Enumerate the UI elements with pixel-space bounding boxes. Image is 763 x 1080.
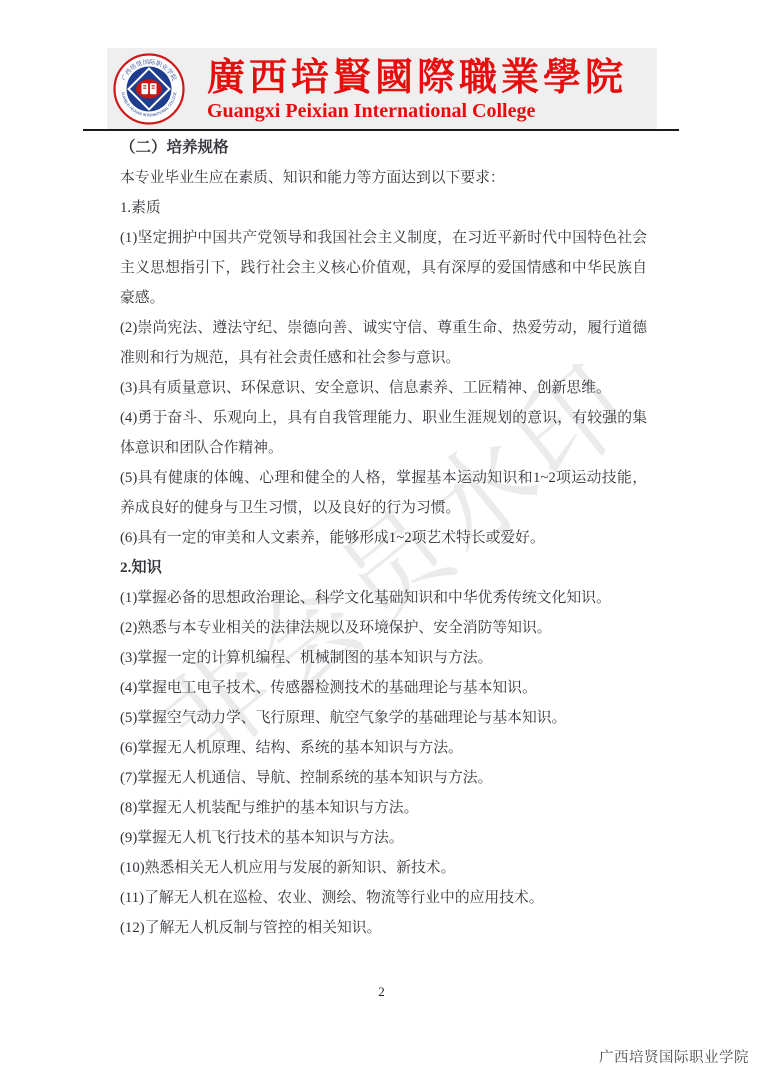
list-item: (10)熟悉相关无人机应用与发展的新知识、新技术。 bbox=[120, 853, 647, 883]
college-logo-icon: 广西培贤国际职业学院 GUANGXI PEIXIAN INTERNATIONAL… bbox=[113, 53, 185, 125]
college-header: 广西培贤国际职业学院 GUANGXI PEIXIAN INTERNATIONAL… bbox=[107, 48, 657, 130]
list-item: (6)掌握无人机原理、结构、系统的基本知识与方法。 bbox=[120, 733, 647, 763]
page-number: 2 bbox=[0, 984, 763, 1000]
intro-paragraph: 本专业毕业生应在素质、知识和能力等方面达到以下要求： bbox=[120, 163, 647, 193]
list-item: (9)掌握无人机飞行技术的基本知识与方法。 bbox=[120, 823, 647, 853]
college-name-english: Guangxi Peixian International College bbox=[207, 100, 627, 122]
subsections-container: 1.素质(1)坚定拥护中国共产党领导和我国社会主义制度，在习近平新时代中国特色社… bbox=[120, 193, 647, 943]
list-item: (6)具有一定的审美和人文素养，能够形成1~2项艺术特长或爱好。 bbox=[120, 523, 647, 553]
section-heading: （二）培养规格 bbox=[120, 133, 647, 163]
subsection-title: 2.知识 bbox=[120, 553, 647, 583]
document-page: 广西培贤国际职业学院 GUANGXI PEIXIAN INTERNATIONAL… bbox=[0, 0, 763, 1080]
list-item: (1)掌握必备的思想政治理论、科学文化基础知识和中华优秀传统文化知识。 bbox=[120, 583, 647, 613]
footer-watermark-text: 广西培贤国际职业学院 bbox=[599, 1046, 749, 1067]
document-content: （二）培养规格 本专业毕业生应在素质、知识和能力等方面达到以下要求： 1.素质(… bbox=[120, 133, 647, 943]
list-item: (4)掌握电工电子技术、传感器检测技术的基础理论与基本知识。 bbox=[120, 673, 647, 703]
list-item: (2)崇尚宪法、遵法守纪、崇德向善、诚实守信、尊重生命、热爱劳动，履行道德准则和… bbox=[120, 313, 647, 373]
list-item: (4)勇于奋斗、乐观向上，具有自我管理能力、职业生涯规划的意识，有较强的集体意识… bbox=[120, 403, 647, 463]
college-titles: 廣西培賢國際職業學院 Guangxi Peixian International… bbox=[207, 56, 627, 122]
list-item: (5)掌握空气动力学、飞行原理、航空气象学的基础理论与基本知识。 bbox=[120, 703, 647, 733]
header-divider bbox=[83, 129, 679, 131]
logo-red-ellipse bbox=[136, 80, 162, 99]
subsection-title: 1.素质 bbox=[120, 193, 647, 223]
list-item: (3)掌握一定的计算机编程、机械制图的基本知识与方法。 bbox=[120, 643, 647, 673]
list-item: (2)熟悉与本专业相关的法律法规以及环境保护、安全消防等知识。 bbox=[120, 613, 647, 643]
list-item: (1)坚定拥护中国共产党领导和我国社会主义制度，在习近平新时代中国特色社会主义思… bbox=[120, 223, 647, 313]
list-item: (3)具有质量意识、环保意识、安全意识、信息素养、工匠精神、创新思维。 bbox=[120, 373, 647, 403]
list-item: (7)掌握无人机通信、导航、控制系统的基本知识与方法。 bbox=[120, 763, 647, 793]
college-name-chinese: 廣西培賢國際職業學院 bbox=[207, 56, 627, 100]
list-item: (8)掌握无人机装配与维护的基本知识与方法。 bbox=[120, 793, 647, 823]
list-item: (12)了解无人机反制与管控的相关知识。 bbox=[120, 913, 647, 943]
list-item: (11)了解无人机在巡检、农业、测绘、物流等行业中的应用技术。 bbox=[120, 883, 647, 913]
list-item: (5)具有健康的体魄、心理和健全的人格，掌握基本运动知识和1~2项运动技能，养成… bbox=[120, 463, 647, 523]
